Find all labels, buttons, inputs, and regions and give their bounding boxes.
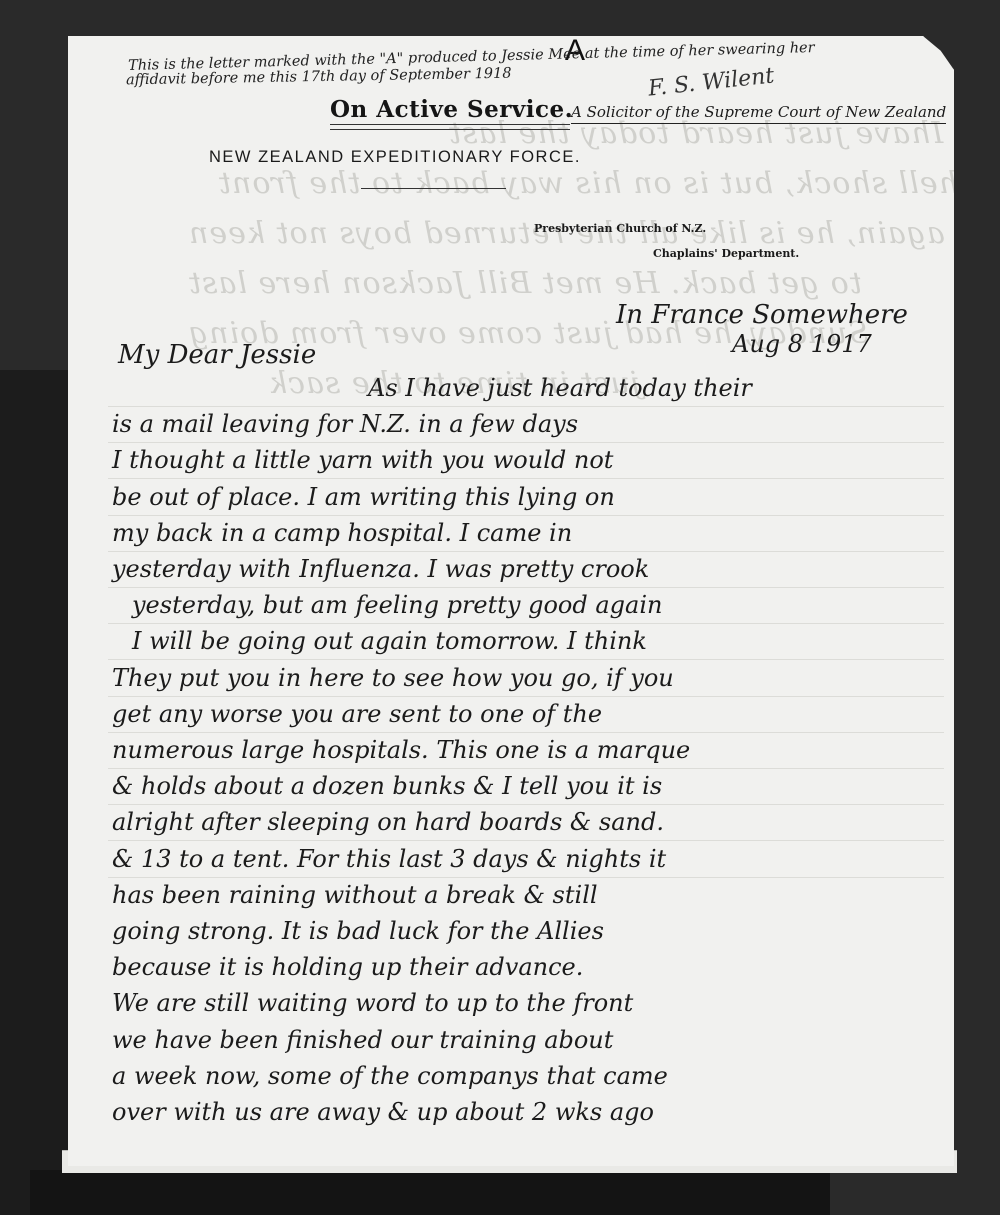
letter-line: & 13 to a tent. For this last 3 days & n…: [112, 845, 666, 873]
ruled-line: [108, 442, 944, 443]
letter-line: They put you in here to see how you go, …: [112, 664, 674, 692]
ruled-line: [108, 406, 944, 407]
ruled-line: [108, 732, 944, 733]
letter-salutation: My Dear Jessie: [118, 340, 316, 370]
letterhead-department: Chaplains' Department.: [653, 247, 799, 260]
letter-location: In France Somewhere: [616, 300, 908, 330]
banner-double-underline: [330, 124, 570, 130]
letter-line: over with us are away & up about 2 wks a…: [112, 1098, 654, 1126]
letterhead-church: Presbyterian Church of N.Z.: [534, 222, 706, 235]
letter-line: I thought a little yarn with you would n…: [112, 446, 613, 474]
letter-line: we have been finished our training about: [112, 1026, 613, 1054]
ruled-line: [108, 804, 944, 805]
letter-page: Ihave just heard today the last shell sh…: [68, 36, 954, 1166]
solicitor-signature: F. S. Wilent: [647, 63, 775, 101]
ruled-line: [108, 659, 944, 660]
ruled-line: [108, 551, 944, 552]
letterhead-banner: On Active Service.: [330, 96, 573, 123]
ruled-line: [108, 478, 944, 479]
background-bottom: [30, 1170, 830, 1215]
ruled-line: [108, 768, 944, 769]
ruled-line: [108, 587, 944, 588]
letter-line: is a mail leaving for N.Z. in a few days: [112, 410, 578, 438]
ruled-line: [108, 515, 944, 516]
letter-line: be out of place. I am writing this lying…: [112, 483, 615, 511]
ruled-line: [108, 696, 944, 697]
ruled-line: [108, 877, 944, 878]
letter-line: get any worse you are sent to one of the: [112, 700, 602, 728]
letter-line: alright after sleeping on hard boards & …: [112, 808, 664, 836]
letter-line: yesterday, but am feeling pretty good ag…: [132, 591, 662, 619]
letter-line: numerous large hospitals. This one is a …: [112, 736, 690, 764]
solicitor-title: A Solicitor of the Supreme Court of New …: [571, 103, 946, 124]
background-shadow: [0, 370, 70, 1215]
letter-date: Aug 8 1917: [732, 330, 872, 358]
letter-line: because it is holding up their advance.: [112, 953, 583, 981]
ruled-line: [108, 623, 944, 624]
letter-line: a week now, some of the companys that ca…: [112, 1062, 668, 1090]
letter-line: As I have just heard today their: [368, 374, 752, 402]
letter-line: I will be going out again tomorrow. I th…: [132, 627, 647, 655]
letterhead-divider: [361, 188, 506, 189]
letter-line: We are still waiting word to up to the f…: [112, 989, 633, 1017]
letterhead-force: NEW ZEALAND EXPEDITIONARY FORCE.: [209, 148, 581, 167]
letter-line: my back in a camp hospital. I came in: [112, 519, 572, 547]
ruled-line: [108, 840, 944, 841]
letter-line: & holds about a dozen bunks & I tell you…: [112, 772, 662, 800]
letter-line: has been raining without a break & still: [112, 881, 598, 909]
letter-line: going strong. It is bad luck for the All…: [112, 917, 604, 945]
letter-line: yesterday with Influenza. I was pretty c…: [112, 555, 649, 583]
bleed-through-text: to get back. He met Bill Jackson here la…: [188, 266, 862, 301]
bleed-through-text: shell shock, but is on his way back to t…: [218, 166, 954, 201]
